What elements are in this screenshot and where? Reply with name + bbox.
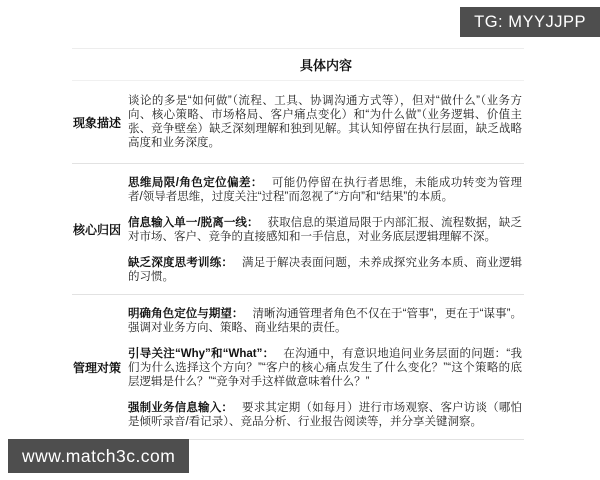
paragraph: 缺乏深度思考训练：满足于解决表面问题，未养成探究业务本质、商业逻辑的习惯。 xyxy=(128,256,522,284)
paragraph-lead: 强制业务信息输入： xyxy=(128,402,233,414)
paragraph: 思维局限/角色定位偏差：可能仍停留在执行者思维，未能成功转变为管理者/领导者思维… xyxy=(128,176,522,204)
paragraph-lead: 明确角色定位与期望： xyxy=(128,308,243,320)
table-header-row: 具体内容 xyxy=(72,49,524,81)
paragraph-lead: 缺乏深度思考训练： xyxy=(128,257,233,269)
paragraph-lead: 思维局限/角色定位偏差： xyxy=(128,177,263,189)
paragraph-lead: 引导关注“Why”和“What”： xyxy=(128,348,274,360)
paragraph: 谈论的多是“如何做”（流程、工具、协调沟通方式等），但对“做什么”（业务方向、核… xyxy=(128,94,522,150)
row-label-countermeasures: 管理对策 xyxy=(72,295,128,439)
table-row-countermeasures: 管理对策 明确角色定位与期望：清晰沟通管理者角色不仅在于“管事”，更在于“谋事”… xyxy=(72,294,524,439)
paragraph-text: 谈论的多是“如何做”（流程、工具、协调沟通方式等），但对“做什么”（业务方向、核… xyxy=(128,95,522,149)
row-content-root-causes: 思维局限/角色定位偏差：可能仍停留在执行者思维，未能成功转变为管理者/领导者思维… xyxy=(128,164,524,294)
tg-watermark-badge: TG: MYYJJPP xyxy=(460,7,600,37)
paragraph: 信息输入单一/脱离一线：获取信息的渠道局限于内部汇报、流程数据，缺乏对市场、客户… xyxy=(128,216,522,244)
row-label-phenomenon: 现象描述 xyxy=(72,81,128,163)
table-row-root-causes: 核心归因 思维局限/角色定位偏差：可能仍停留在执行者思维，未能成功转变为管理者/… xyxy=(72,163,524,294)
paragraph: 强制业务信息输入：要求其定期（如每月）进行市场观察、客户访谈（哪怕是倾听录音/看… xyxy=(128,401,522,429)
row-content-phenomenon: 谈论的多是“如何做”（流程、工具、协调沟通方式等），但对“做什么”（业务方向、核… xyxy=(128,81,524,163)
site-watermark-badge: www.match3c.com xyxy=(8,439,189,473)
paragraph: 明确角色定位与期望：清晰沟通管理者角色不仅在于“管事”，更在于“谋事”。强调对业… xyxy=(128,307,522,335)
table-header-empty-cell xyxy=(72,49,128,80)
row-content-countermeasures: 明确角色定位与期望：清晰沟通管理者角色不仅在于“管事”，更在于“谋事”。强调对业… xyxy=(128,295,524,439)
paragraph-lead: 信息输入单一/脱离一线： xyxy=(128,217,259,229)
table-row-phenomenon: 现象描述 谈论的多是“如何做”（流程、工具、协调沟通方式等），但对“做什么”（业… xyxy=(72,81,524,163)
row-label-root-causes: 核心归因 xyxy=(72,164,128,294)
content-table: 具体内容 现象描述 谈论的多是“如何做”（流程、工具、协调沟通方式等），但对“做… xyxy=(72,48,524,440)
table-header-title: 具体内容 xyxy=(128,49,524,80)
paragraph: 引导关注“Why”和“What”：在沟通中，有意识地追问业务层面的问题：“我们为… xyxy=(128,347,522,389)
